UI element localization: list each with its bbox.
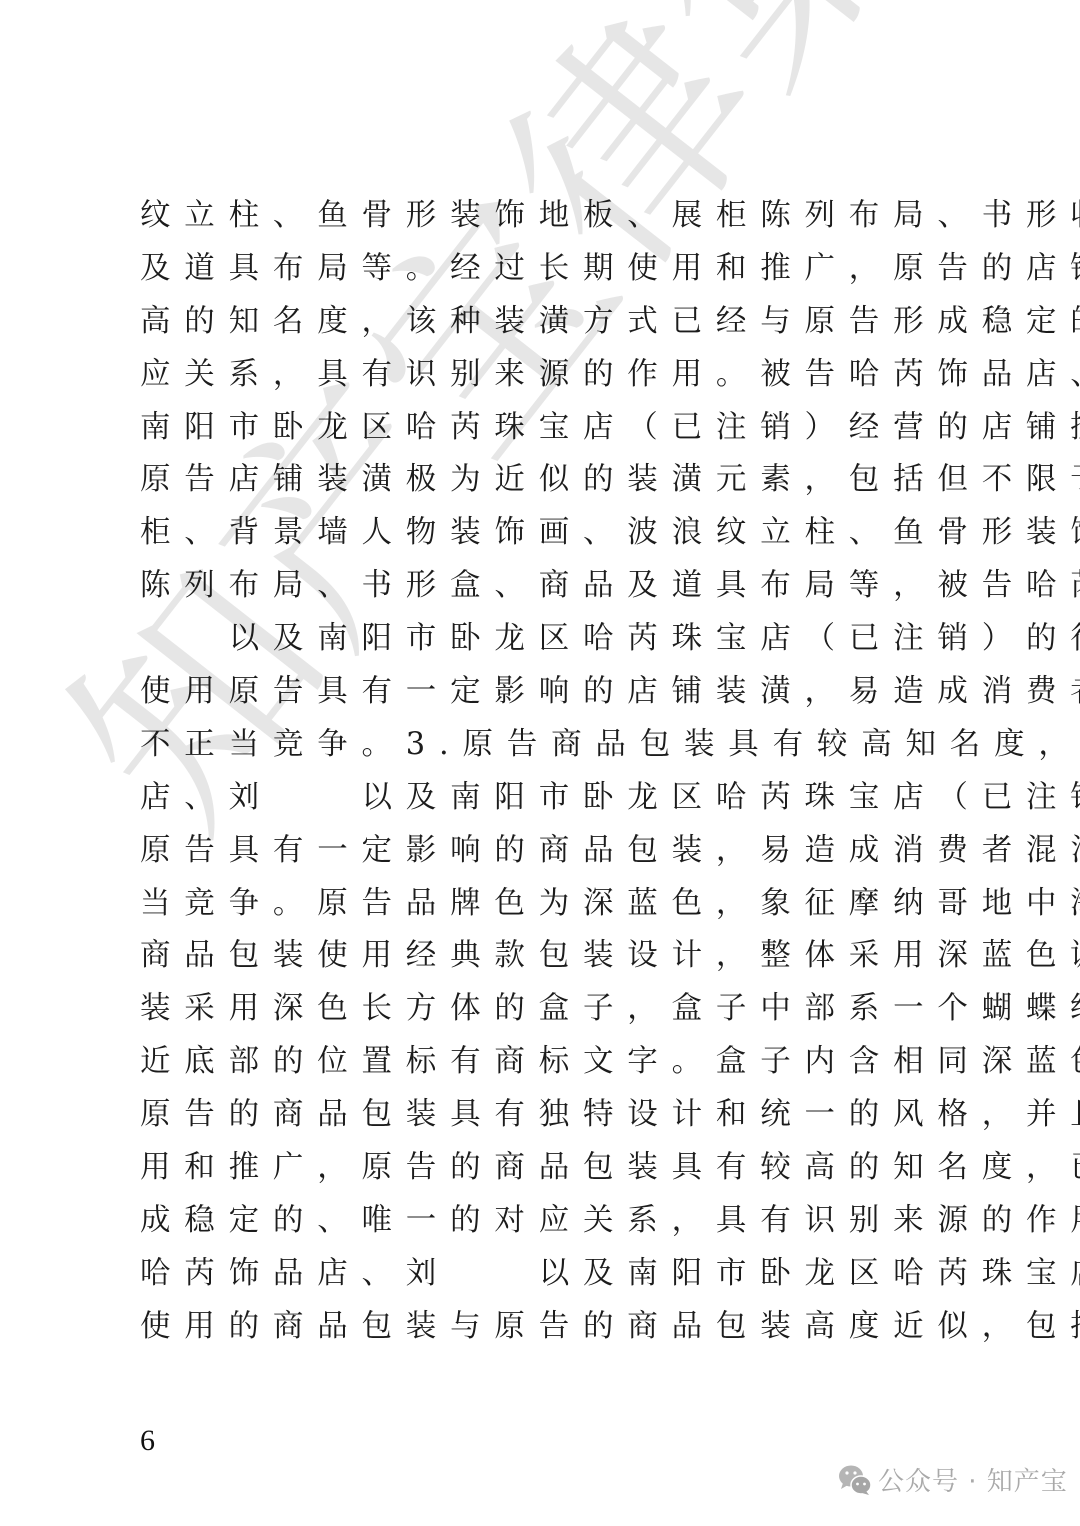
text-line: 柜、背景墙人物装饰画、波浪纹立柱、鱼骨形装饰地板、展柜	[140, 513, 940, 566]
page-number: 6	[140, 1424, 155, 1458]
text-line: 纹立柱、鱼骨形装饰地板、展柜陈列布局、书形收纳盒、商品	[140, 196, 940, 249]
wechat-icon	[838, 1464, 872, 1496]
document-page: 知产宝律集案例 纹立柱、鱼骨形装饰地板、展柜陈列布局、书形收纳盒、商品 及道具布…	[0, 0, 1080, 1526]
text-line: 原告具有一定影响的商品包装，易造成消费者混消，构成不正	[140, 831, 940, 884]
text-line: 使用的商品包装与原告的商品包装高度近似，包括但不限于被	[140, 1307, 940, 1360]
wechat-source-credit: 公众号 · 知产宝	[838, 1461, 1068, 1498]
text-line: 南阳市卧龙区哈芮珠宝店（已注销）经营的店铺擅自使用了与	[140, 408, 940, 461]
text-line: 以及南阳市卧龙区哈芮珠宝店（已注销）的行为属于擅自	[140, 619, 940, 672]
text-line: 近底部的位置标有商标文字。盒子内含相同深蓝色防尘袋等。	[140, 1042, 940, 1095]
text-line: 及道具布局等。经过长期使用和推广，原告的店铺装潢具有极	[140, 249, 940, 302]
text-line: 装采用深色长方体的盒子，盒子中部系一个蝴蝶结带，盒子靠	[140, 989, 940, 1042]
text-line: 商品包装使用经典款包装设计，整体采用深蓝色调设计，外包	[140, 936, 940, 989]
text-line: 高的知名度，该种装潢方式已经与原告形成稳定的、唯一的对	[140, 302, 940, 355]
text-line: 使用原告具有一定影响的店铺装潢，易造成消费者混滑，构成	[140, 672, 940, 725]
text-line: 成稳定的、唯一的对应关系，具有识别来源的作用。上述被告	[140, 1201, 940, 1254]
text-line: 用和推广，原告的商品包装具有较高的知名度，已经与原告形	[140, 1148, 940, 1201]
text-line: 不正当竞争。3.原告商品包装具有较高知名度，被告哈芮饰品	[140, 725, 940, 778]
text-line: 原告店铺装潢极为近似的装潢元素，包括但不限于内嵌式陈列	[140, 460, 940, 513]
document-body: 纹立柱、鱼骨形装饰地板、展柜陈列布局、书形收纳盒、商品 及道具布局等。经过长期使…	[140, 196, 940, 1360]
text-line: 当竞争。原告品牌色为深蓝色，象征摩纳哥地中海蔚蓝海岸，	[140, 884, 940, 937]
text-line: 哈芮饰品店、刘 以及南阳市卧龙区哈芮珠宝店（已注销）	[140, 1254, 940, 1307]
source-label: 公众号 · 知产宝	[878, 1461, 1068, 1498]
text-line: 店、刘 以及南阳市卧龙区哈芮珠宝店（已注销）擅自使用	[140, 778, 940, 831]
text-line: 应关系，具有识别来源的作用。被告哈芮饰品店、刘 以及	[140, 355, 940, 408]
text-line: 陈列布局、书形盒、商品及道具布局等，被告哈芮饰品店、刘	[140, 566, 940, 619]
text-line: 原告的商品包装具有独特设计和统一的风格，并且经过长期使	[140, 1095, 940, 1148]
